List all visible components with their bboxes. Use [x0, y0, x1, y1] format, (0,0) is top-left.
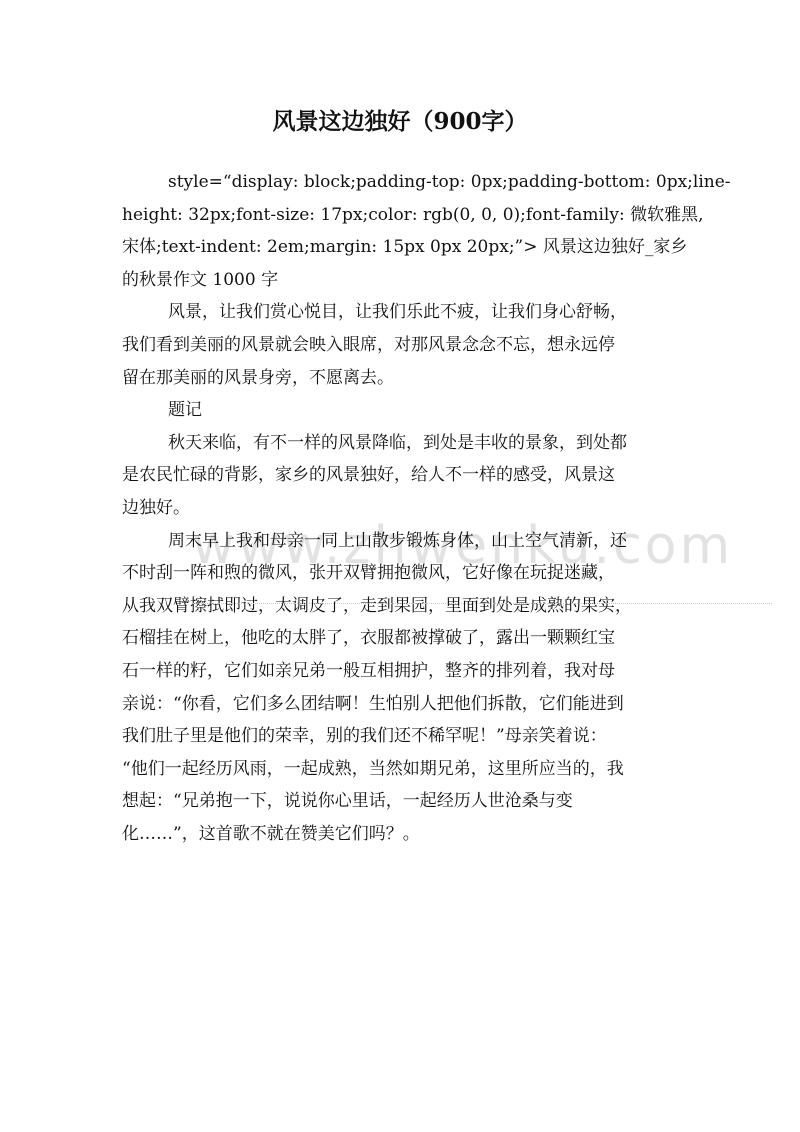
- text-line: 化……”，这首歌不就在赞美它们吗？。: [122, 818, 682, 851]
- text-line: “他们一起经历风雨，一起成熟，当然如期兄弟，这里所应当的，我: [122, 753, 682, 786]
- text-line: 不时刮一阵和煦的微风，张开双臂拥抱微风，它好像在玩捉迷藏，: [122, 557, 682, 590]
- dotted-divider: [192, 603, 772, 604]
- text-line: 想起：“兄弟抱一下，说说你心里话，一起经历人世沧桑与变: [122, 785, 682, 818]
- text-line: 的秋景作文 1000 字: [122, 264, 682, 297]
- text-line: style=“display: block;padding-top: 0px;p…: [122, 166, 682, 199]
- text-line: 是农民忙碌的背影，家乡的风景独好，给人不一样的感受，风景这: [122, 459, 682, 492]
- text-line: 秋天来临，有不一样的风景降临，到处是丰收的景象，到处都: [122, 427, 682, 460]
- text-line: 边独好。: [122, 492, 682, 525]
- text-line-epigraph: 题记: [122, 394, 682, 427]
- text-line: 风景，让我们赏心悦目，让我们乐此不疲，让我们身心舒畅，: [122, 296, 682, 329]
- text-line: 我们肚子里是他们的荣幸，别的我们还不稀罕呢！”母亲笑着说：: [122, 720, 682, 753]
- text-line: 石一样的籽，它们如亲兄弟一般互相拥护，整齐的排列着，我对母: [122, 655, 682, 688]
- text-line: 从我双臂擦拭即过，太调皮了，走到果园，里面到处是成熟的果实，: [122, 590, 682, 623]
- document-body: style=“display: block;padding-top: 0px;p…: [122, 166, 682, 850]
- text-line: height: 32px;font-size: 17px;color: rgb(…: [122, 199, 682, 232]
- text-line: 留在那美丽的风景身旁，不愿离去。: [122, 362, 682, 395]
- text-line: 亲说：“你看，它们多么团结啊！生怕别人把他们拆散，它们能进到: [122, 688, 682, 721]
- text-line: 我们看到美丽的风景就会映入眼席，对那风景念念不忘，想永远停: [122, 329, 682, 362]
- text-line: 石榴挂在树上，他吃的太胖了，衣服都被撑破了，露出一颗颗红宝: [122, 622, 682, 655]
- document-title: 风景这边独好（900字）: [0, 103, 800, 136]
- document-page: 风景这边独好（900字） www.zhwenku.com style=“disp…: [0, 0, 800, 1132]
- text-line: 周末早上我和母亲一同上山散步锻炼身体，山上空气清新，还: [122, 525, 682, 558]
- text-line: 宋体;text-indent: 2em;margin: 15px 0px 20p…: [122, 231, 682, 264]
